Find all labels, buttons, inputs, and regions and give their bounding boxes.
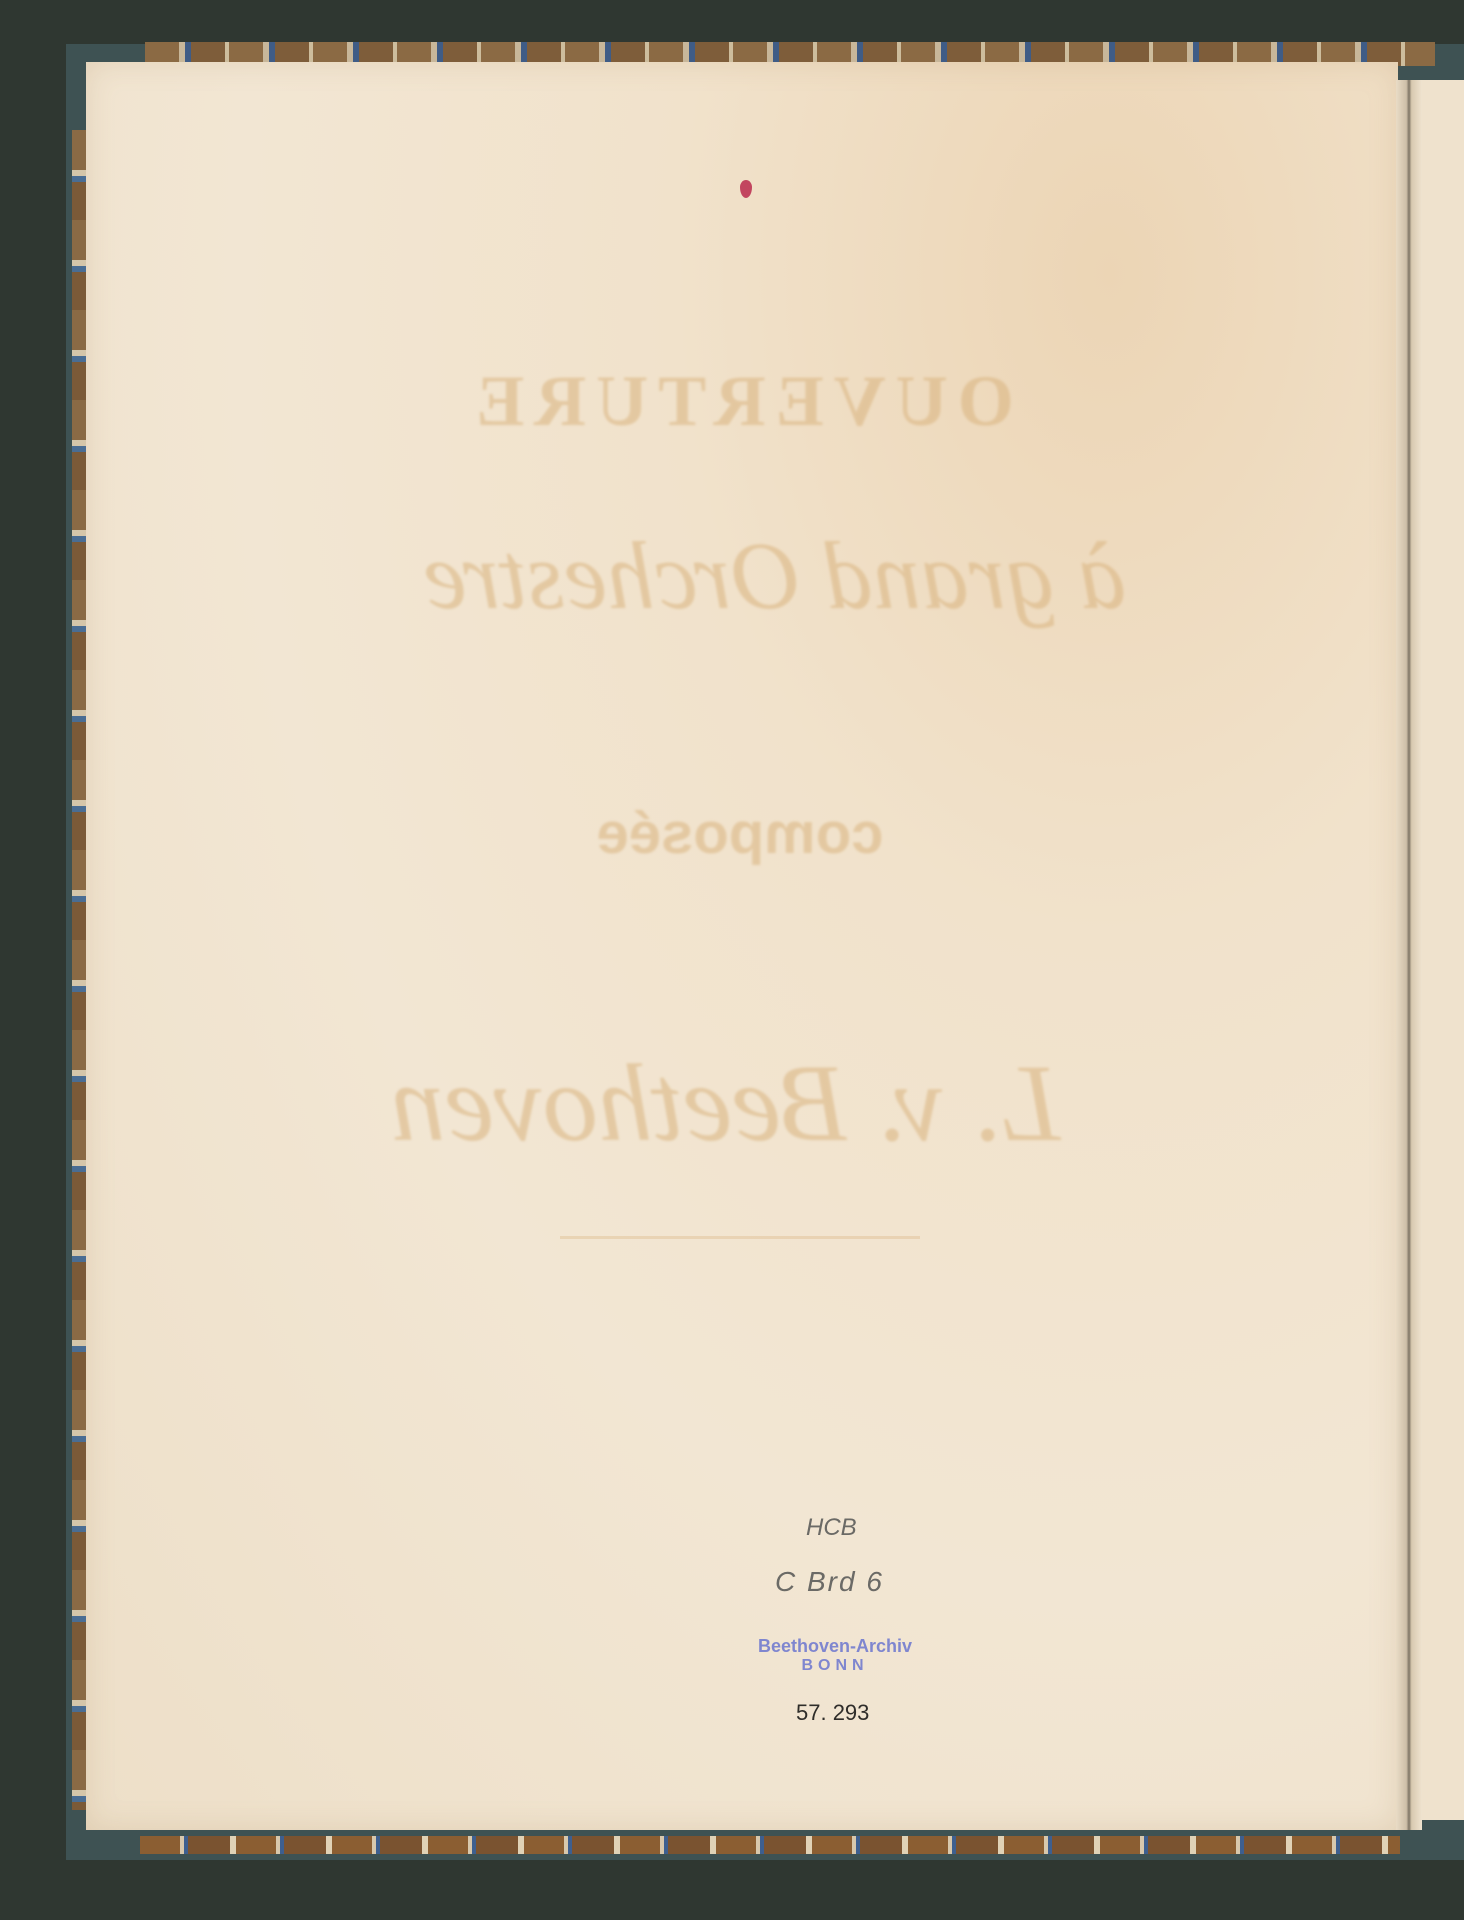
marbled-edge-bottom <box>140 1836 1400 1854</box>
marbled-edge-left <box>72 130 86 1810</box>
stamp-archive-name: Beethoven-Archiv <box>745 1636 925 1657</box>
bleed-through-subtitle: à grand Orchestre <box>300 520 1250 631</box>
bleed-through-composed: composée <box>440 800 1040 867</box>
adjacent-page-edge <box>1422 80 1464 1820</box>
bleed-through-title: OUVERTURE <box>380 360 1100 443</box>
accession-number: 57. 293 <box>796 1700 869 1726</box>
bleed-through-author: L. v. Beethoven <box>300 1040 1150 1167</box>
archive-stamp: Beethoven-Archiv BONN <box>745 1636 925 1675</box>
document-page <box>86 62 1398 1830</box>
stamp-city: BONN <box>745 1657 925 1675</box>
page-gutter-fold <box>1396 80 1422 1830</box>
bleed-through-rule <box>560 1236 920 1239</box>
pencil-annotation-hcb: HCB <box>806 1514 857 1542</box>
pencil-annotation-shelfmark: C Brd 6 <box>775 1566 884 1598</box>
